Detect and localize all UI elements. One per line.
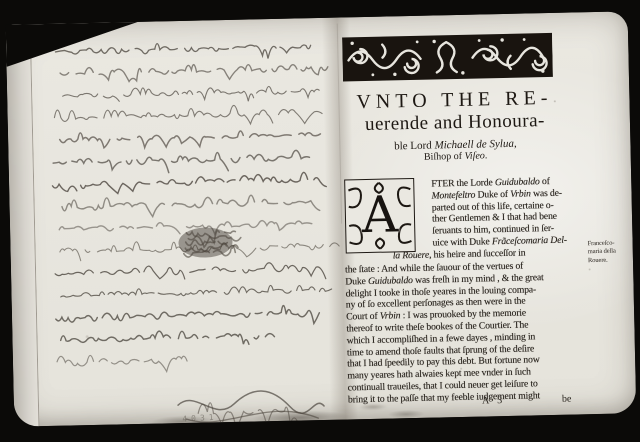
drop-cap-woodcut: A [344, 178, 416, 254]
handwriting-line [62, 193, 320, 218]
handwriting-line [60, 62, 328, 83]
headpiece-ornament [342, 32, 553, 83]
handwriting-line [54, 103, 328, 129]
signature-mark: A 3 [482, 395, 505, 407]
signature-flourish [178, 390, 324, 416]
handwriting-line [60, 128, 321, 150]
ink-smudge [358, 404, 388, 411]
handwriting-line [53, 150, 310, 175]
handwriting-line [57, 353, 187, 374]
catchword: be [562, 394, 572, 405]
handwriting-line [55, 40, 318, 63]
left-page-handwritten: 4031 [6, 18, 345, 427]
handwriting-line [63, 84, 323, 105]
handwriting-line [56, 305, 320, 329]
drop-cap-letter: A [345, 181, 414, 248]
body-full-lines: the ſtate : And while the ſauour of the … [345, 260, 546, 406]
body-indented-lines: FTER the Lorde Guidubaldo ofMontefeltro … [431, 176, 567, 250]
book-spread: 4031 [6, 11, 637, 426]
margin-note: Franceſco-maria dellaRouere. [588, 239, 633, 265]
right-page-printed: VNTO THE RE- uerende and Honoura- ble Lo… [336, 11, 637, 419]
handwriting-line [61, 329, 275, 349]
scanned-book-photo: 4031 [0, 0, 640, 442]
handwriting-line [61, 284, 332, 298]
margin-note-line: Rouere. [588, 256, 632, 265]
title-line-2: uerende and Honoura- [338, 110, 572, 137]
handwriting-line [55, 261, 326, 284]
handwritten-annotations [20, 24, 345, 427]
handwriting-line [52, 172, 326, 195]
